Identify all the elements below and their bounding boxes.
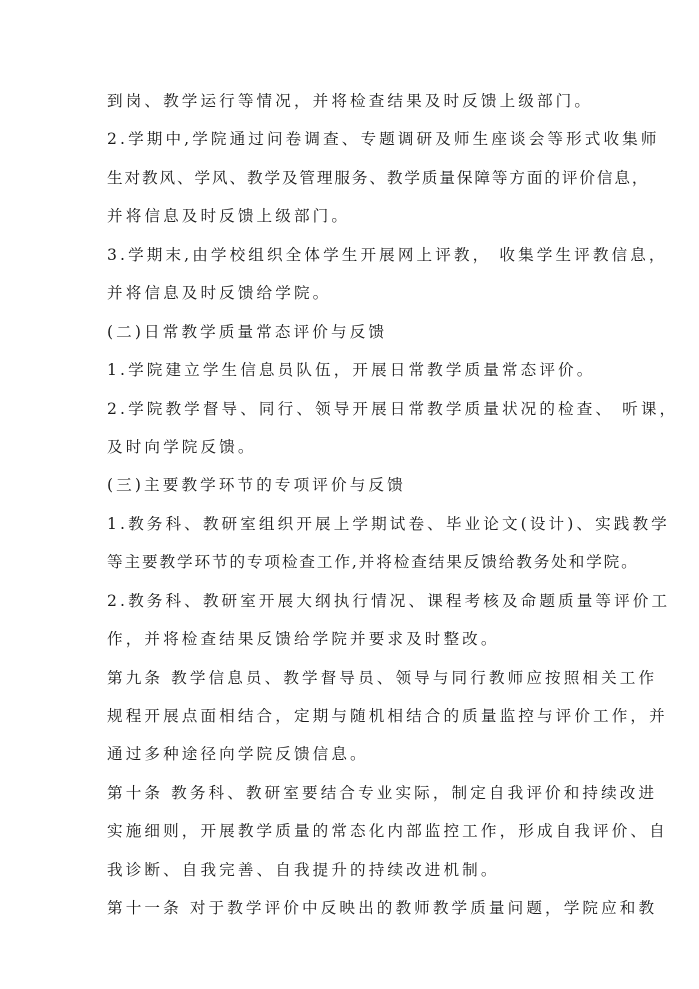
section-heading: (三)主要教学环节的专项评价与反馈 <box>107 466 597 504</box>
article-eleven: 第十一条 对于教学评价中反映出的教师教学质量问题，学院应和教 <box>107 889 597 927</box>
text-line: 实施细则，开展教学质量的常态化内部监控工作，形成自我评价、自 <box>107 812 597 850</box>
text-line: 2.教务科、教研室开展大纲执行情况、课程考核及命题质量等评价工 <box>107 582 597 620</box>
text-line: 2.学院教学督导、同行、领导开展日常教学质量状况的检查、 听课， <box>107 390 597 428</box>
text-line: 作，并将检查结果反馈给学院并要求及时整改。 <box>107 620 597 658</box>
text-line: 到岗、教学运行等情况，并将检查结果及时反馈上级部门。 <box>107 82 597 120</box>
text-line: 1.教务科、教研室组织开展上学期试卷、毕业论文(设计)、实践教学 <box>107 505 597 543</box>
text-line: 1.学院建立学生信息员队伍，开展日常教学质量常态评价。 <box>107 351 597 389</box>
text-line: 生对教风、学风、教学及管理服务、教学质量保障等方面的评价信息， <box>107 159 597 197</box>
text-line: 及时向学院反馈。 <box>107 428 597 466</box>
section-heading: (二)日常教学质量常态评价与反馈 <box>107 313 597 351</box>
text-line: 我诊断、自我完善、自我提升的持续改进机制。 <box>107 851 597 889</box>
article-nine: 第九条 教学信息员、教学督导员、领导与同行教师应按照相关工作 <box>107 659 597 697</box>
text-line: 通过多种途径向学院反馈信息。 <box>107 735 597 773</box>
text-line: 并将信息及时反馈上级部门。 <box>107 197 597 235</box>
text-line: 并将信息及时反馈给学院。 <box>107 274 597 312</box>
text-line: 2.学期中,学院通过问卷调查、专题调研及师生座谈会等形式收集师 <box>107 120 597 158</box>
text-line: 规程开展点面相结合，定期与随机相结合的质量监控与评价工作，并 <box>107 697 597 735</box>
article-ten: 第十条 教务科、教研室要结合专业实际，制定自我评价和持续改进 <box>107 774 597 812</box>
document-page: 到岗、教学运行等情况，并将检查结果及时反馈上级部门。 2.学期中,学院通过问卷调… <box>107 82 597 928</box>
text-line: 3.学期末,由学校组织全体学生开展网上评教， 收集学生评教信息， <box>107 236 597 274</box>
text-line: 等主要教学环节的专项检查工作,并将检查结果反馈给教务处和学院。 <box>107 543 597 581</box>
